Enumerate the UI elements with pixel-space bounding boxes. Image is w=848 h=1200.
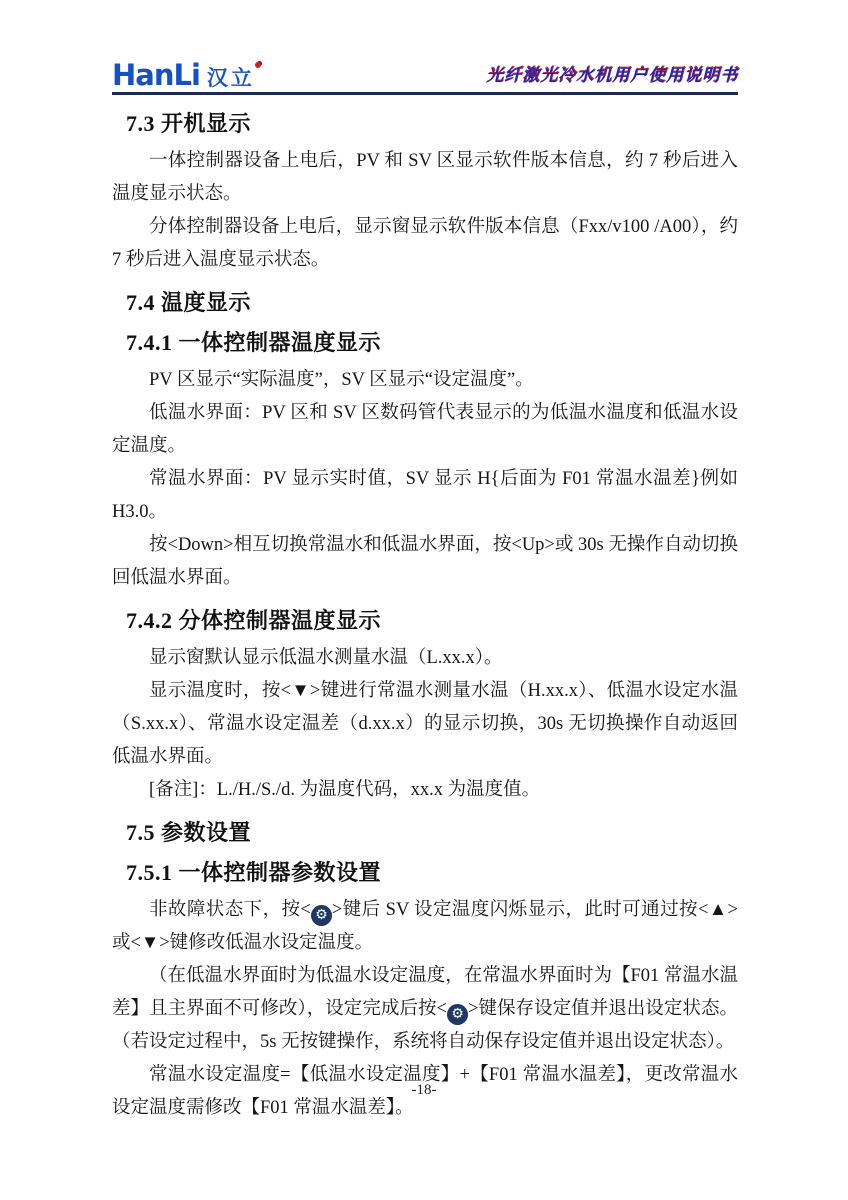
section-heading: 7.4.2 分体控制器温度显示 (126, 607, 738, 635)
document-body: 7.3 开机显示一体控制器设备上电后，PV 和 SV 区显示软件版本信息，约 7… (112, 98, 738, 1125)
paragraph: PV 区显示“实际温度”，SV 区显示“设定温度”。 (112, 364, 738, 397)
section-heading: 7.3 开机显示 (126, 110, 738, 138)
paragraph: 显示温度时，按<▼>键进行常温水测量水温（H.xx.x）、低温水设定水温（S.x… (112, 675, 738, 774)
gear-icon: ⚙ (311, 905, 332, 926)
page-footer: -18- (0, 1082, 848, 1099)
section-heading: 7.4 温度显示 (126, 289, 738, 317)
section-heading: 7.5 参数设置 (126, 819, 738, 847)
paragraph: 非故障状态下，按<⚙>键后 SV 设定温度闪烁显示，此时可通过按<▲>或<▼>键… (112, 894, 738, 960)
logo-text-latin: HanLi (112, 61, 200, 90)
paragraph: 分体控制器设备上电后，显示窗显示软件版本信息（Fxx/v100 /A00），约 … (112, 211, 738, 277)
paragraph: 常温水界面：PV 显示实时值，SV 显示 H{后面为 F01 常温水温差}例如 … (112, 463, 738, 529)
logo-i-dot-icon (255, 62, 261, 68)
logo-text-cn: 汉立 (207, 62, 255, 92)
paragraph: [备注]：L./H./S./d. 为温度代码，xx.x 为温度值。 (112, 774, 738, 807)
doc-title: 光纤激光冷水机用户使用说明书 (486, 61, 738, 92)
header-rule (112, 92, 738, 95)
paragraph: 显示窗默认显示低温水测量水温（L.xx.x）。 (112, 642, 738, 675)
paragraph: 低温水界面：PV 区和 SV 区数码管代表显示的为低温水温度和低温水设定温度。 (112, 397, 738, 463)
section-heading: 7.5.1 一体控制器参数设置 (126, 859, 738, 887)
gear-icon: ⚙ (447, 1004, 468, 1025)
document-page: HanLi 汉立 光纤激光冷水机用户使用说明书 7.3 开机显示一体控制器设备上… (0, 0, 848, 1200)
hanli-logo: HanLi 汉立 (112, 61, 262, 92)
section-heading: 7.4.1 一体控制器温度显示 (126, 329, 738, 357)
paragraph: （在低温水界面时为低温水设定温度，在常温水界面时为【F01 常温水温差】且主界面… (112, 960, 738, 1059)
page-header: HanLi 汉立 光纤激光冷水机用户使用说明书 (112, 46, 738, 92)
paragraph: 一体控制器设备上电后，PV 和 SV 区显示软件版本信息，约 7 秒后进入温度显… (112, 145, 738, 211)
page-number: -18- (412, 1082, 437, 1098)
paragraph: 按<Down>相互切换常温水和低温水界面，按<Up>或 30s 无操作自动切换回… (112, 529, 738, 595)
